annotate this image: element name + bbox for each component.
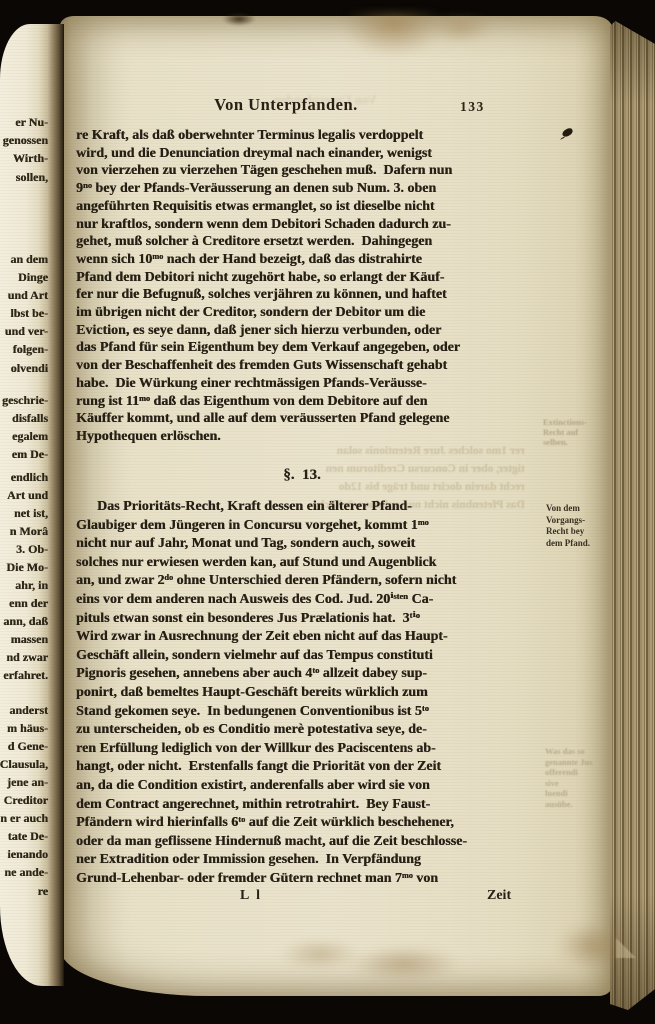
section-heading: §. 13. — [76, 467, 528, 484]
paragraph-1: re Kraft, als daß oberwehnter Terminus l… — [76, 127, 536, 446]
left-page-fragment: n Morâ — [10, 524, 48, 539]
left-page-fragment: genossen — [3, 133, 48, 148]
text-line: Geschäft allein, sondern vielmehr auf da… — [76, 647, 536, 666]
book-fore-edge — [610, 14, 655, 1014]
page-corner-curl — [616, 938, 636, 958]
text-line: angeführten Requisitis etwas ermanglet, … — [76, 198, 536, 216]
text-line: eins vor dem anderen nach Ausweis des Co… — [76, 591, 536, 610]
left-page-fragment: Die Mo- — [6, 560, 48, 575]
text-line: Wird zwar in Ausrechnung der Zeit eben n… — [76, 628, 536, 647]
text-line: wird, und die Denunciation dreymal nach … — [76, 145, 536, 163]
left-page-fragment: sollen, — [16, 170, 48, 185]
text-line: nur kraftlos, sondern wenn dem Debitori … — [76, 216, 536, 234]
left-page-fragment: erfahret. — [3, 668, 48, 683]
left-page-fragment: geschrie- — [2, 393, 48, 408]
text-line: Pignoris gesehen, annebens aber auch 4ᵗᵒ… — [76, 665, 536, 684]
text-line: oder da man geflissene Hindernuß macht, … — [76, 833, 536, 852]
text-line: hangt, oder nicht. Erstenfalls fangt die… — [76, 758, 536, 777]
bleedthrough-line: ausübe. — [545, 799, 607, 810]
left-page-fragment: 3. Ob- — [16, 542, 48, 557]
text-line: ner Extradition oder Immission gesehen. … — [76, 851, 536, 870]
text-line: 9ⁿᵒ bey der Pfands-Veräusserung an denen… — [76, 180, 536, 198]
bleedthrough-line: selben. — [543, 437, 605, 447]
left-page-fragment: jene an- — [7, 775, 48, 790]
left-page-fragment: Wirth- — [13, 151, 48, 166]
left-page-fragment: und Art — [8, 288, 48, 303]
left-page-fragment: disfalls — [12, 411, 48, 426]
left-page-fragment: endlich — [11, 470, 48, 485]
text-line: zu unterscheiden, ob es Conditio merè po… — [76, 721, 536, 740]
left-page-fragment: n er auch — [0, 811, 48, 826]
left-page-fragment: Art und — [7, 488, 48, 503]
text-line: gehet, muß solcher à Creditore ersetzt w… — [76, 233, 536, 251]
text-line: Grund-Lehenbar- oder fremder Gütern rech… — [76, 870, 536, 889]
text-line: im übrigen nicht der Creditor, sondern d… — [76, 304, 536, 322]
text-line: an, und zwar 2ᵈᵒ ohne Unterschied deren … — [76, 572, 536, 591]
left-page-fragment: net ist, — [14, 506, 48, 521]
text-line: Glaubiger dem Jüngeren in Concursu vorge… — [76, 517, 536, 536]
left-page-text-fragments: er Nu-genossenWirth-sollen,an demDingeun… — [0, 0, 54, 1024]
left-page-fragment: tate De- — [8, 829, 48, 844]
bleedthrough-line: sive — [545, 778, 607, 789]
text-line: habe. Die Würkung einer rechtmässigen Pf… — [76, 375, 536, 393]
text-line: Pfand dem Debitori nicht zugehört habe, … — [76, 269, 536, 287]
text-line: re Kraft, als daß oberwehnter Terminus l… — [76, 127, 536, 145]
left-page-fragment: Dinge — [18, 270, 48, 285]
text-line: Hypothequen erlöschen. — [76, 428, 536, 446]
running-title: Von Unterpfanden. — [60, 95, 512, 115]
paragraph-2: Das Prioritäts-Recht, Kraft dessen ein ä… — [76, 498, 536, 888]
left-page-fragment: nd zwar — [6, 650, 48, 665]
text-line: pituls etwan sonst ein besonderes Jus Pr… — [76, 610, 536, 629]
left-page-fragment: er Nu- — [15, 115, 48, 130]
left-page-fragment: m häus- — [7, 721, 48, 736]
margin-note-line: Vorgangs- — [546, 515, 612, 527]
text-line: fer nur die Befugnuß, solches verjähren … — [76, 286, 536, 304]
left-page-fragment: egalem — [12, 429, 48, 444]
left-page-fragment: ahr, in — [15, 578, 48, 593]
text-line: ponirt, daß bemeltes Haupt-Geschäft bere… — [76, 684, 536, 703]
text-line: Pfändern wird hierinfalls 6ᵗᵒ auf die Ze… — [76, 814, 536, 833]
bleedthrough-margin-note-2: Was das sogenannte Jusofferendisiveluend… — [545, 746, 607, 809]
bleedthrough-margin-note-1: Extinctions-Recht aufselben. — [543, 417, 605, 447]
bleedthrough-line: rer 1mo solches Jure Retentionis solan — [225, 445, 525, 457]
text-line: an, da die Condition existirt, anderenfa… — [76, 777, 536, 796]
text-line: rung ist 11ᵐᵒ daß das Eigenthum von dem … — [76, 393, 536, 411]
bleedthrough-line: luendi — [545, 788, 607, 799]
text-line: Käuffer kommt, und alle auf dem veräusse… — [76, 410, 536, 428]
margin-note-line: Von dem — [546, 503, 612, 515]
text-line: Das Prioritäts-Recht, Kraft dessen ein ä… — [76, 498, 536, 517]
left-page-fragment: Creditor — [4, 793, 48, 808]
text-line: nicht nur auf Jahr, Monat und Tag, sonde… — [76, 535, 536, 554]
bleedthrough-line: genannte Jus — [545, 757, 607, 768]
left-page-fragment: Clausula, — [0, 757, 48, 772]
text-line: ren Erfüllung lediglich von der Willkur … — [76, 740, 536, 759]
margin-note-line: Recht bey — [546, 526, 612, 538]
text-line: dem Contract angerechnet, mithin retrotr… — [76, 796, 536, 815]
left-page-fragment: em De- — [12, 447, 48, 462]
left-page-fragment: re — [38, 884, 48, 899]
left-page-fragment: und ver- — [5, 324, 48, 339]
bleedthrough-line: Extinctions- — [543, 417, 605, 427]
text-line: von vierzehen zu vierzehen Tägen gescheh… — [76, 162, 536, 180]
bleedthrough-line: Was das so — [545, 746, 607, 757]
left-page-fragment: d Gene- — [8, 739, 48, 754]
catchword: Zeit — [487, 888, 511, 904]
left-page-fragment: folgen- — [13, 342, 48, 357]
left-page-fragment: olvendi — [11, 361, 48, 376]
text-line: Eviction, es seye dann, daß jener sich h… — [76, 322, 536, 340]
bleedthrough-line: Recht auf — [543, 427, 605, 437]
text-line: Stand gekomen seye. In bedungenen Conven… — [76, 703, 536, 722]
text-line: solches nur erwiesen werden kan, auf Stu… — [76, 554, 536, 573]
left-page-fragment: massen — [11, 632, 48, 647]
left-page-fragment: enn der — [9, 596, 48, 611]
margin-note: Von demVorgangs-Recht beydem Pfand. — [546, 503, 612, 549]
page-number: 133 — [460, 99, 485, 115]
left-page-fragment: ne ande- — [4, 865, 48, 880]
left-page-fragment: anderst — [9, 703, 48, 718]
left-page-fragment: ienando — [7, 847, 48, 862]
left-page-fragment: ann, daß — [3, 614, 48, 629]
signature-mark: L l — [240, 888, 262, 904]
text-line: wenn sich 10ᵐᵒ nach der Hand bezeigt, da… — [76, 251, 536, 269]
left-page-fragment: lbst be- — [10, 306, 48, 321]
text-line: das Pfand für sein Eigenthum bey dem Ver… — [76, 339, 536, 357]
text-line: von der Beschaffenheit des fremden Guts … — [76, 357, 536, 375]
margin-note-line: dem Pfand. — [546, 538, 612, 550]
bleedthrough-line: offerendi — [545, 767, 607, 778]
left-page-fragment: an dem — [10, 252, 48, 267]
